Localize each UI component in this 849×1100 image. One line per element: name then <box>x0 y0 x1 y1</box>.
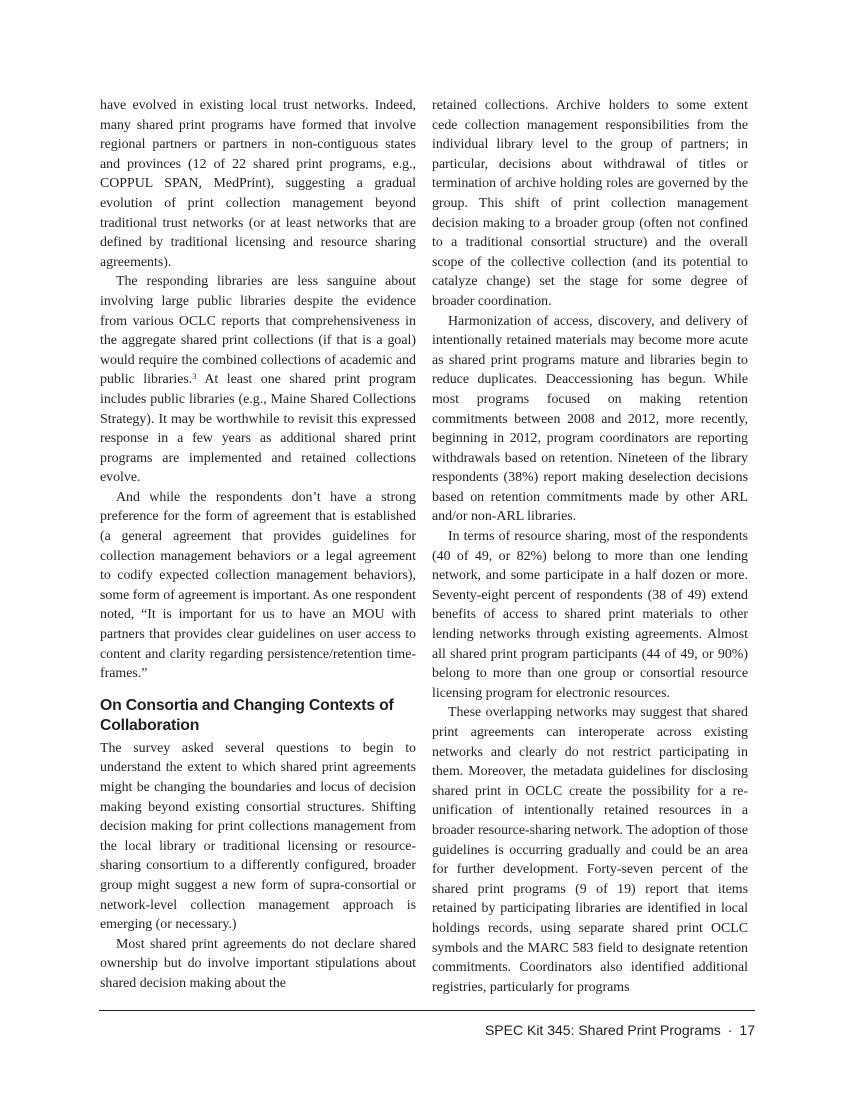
page-number: 17 <box>739 1022 755 1038</box>
footer-title: SPEC Kit 345: Shared Print Programs <box>485 1022 721 1038</box>
right-column: retained collections. Archive holders to… <box>432 96 748 997</box>
paragraph: Most shared print agreements do not decl… <box>100 935 416 994</box>
paragraph: And while the respondents don’t have a s… <box>100 488 416 684</box>
footnote-reference: 3 <box>192 371 196 381</box>
section-heading: On Consortia and Changing Contexts of Co… <box>100 696 416 736</box>
paragraph: These overlapping networks may suggest t… <box>432 703 748 997</box>
paragraph: The responding libraries are less sangui… <box>100 272 416 488</box>
left-column: have evolved in existing local trust net… <box>100 96 416 994</box>
paragraph: retained collections. Archive holders to… <box>432 96 748 312</box>
paragraph: have evolved in existing local trust net… <box>100 96 416 272</box>
page-footer: SPEC Kit 345: Shared Print Programs·17 <box>99 1022 755 1038</box>
paragraph-text: At least one shared print program includ… <box>100 372 416 485</box>
document-page: have evolved in existing local trust net… <box>0 0 849 1100</box>
footer-separator: · <box>721 1022 740 1038</box>
footer-rule <box>99 1010 755 1011</box>
paragraph: In terms of resource sharing, most of th… <box>432 527 748 703</box>
paragraph: The survey asked several questions to be… <box>100 739 416 935</box>
paragraph-text: The responding libraries are less sangui… <box>100 274 416 387</box>
paragraph: Harmonization of access, discovery, and … <box>432 312 748 528</box>
